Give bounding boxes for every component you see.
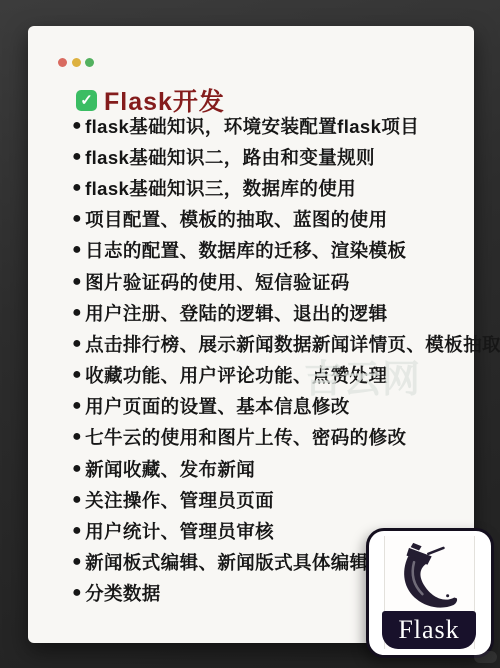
list-item-text: flask基础知识三，数据库的使用 [85, 175, 356, 201]
bullet-icon: ● [72, 242, 82, 258]
bullet-icon: ● [72, 367, 82, 383]
bullet-icon: ● [72, 461, 82, 477]
bullet-icon: ● [72, 180, 82, 196]
checkbox-icon: ✓ [76, 90, 97, 111]
bullet-icon: ● [72, 211, 82, 227]
list-item: ● 用户页面的设置、基本信息修改 [72, 391, 496, 422]
list-item-text: 七牛云的使用和图片上传、密码的修改 [85, 424, 406, 450]
corner-watermark-badge [474, 651, 497, 663]
list-item-text: flask基础知识二，路由和变量规则 [85, 144, 375, 170]
flask-logo-label: Flask [398, 615, 459, 645]
flask-logo-card: Flask [366, 528, 494, 658]
list-item-text: 日志的配置、数据库的迁移、渲染模板 [85, 237, 406, 263]
list-item-text: flask基础知识，环境安装配置flask项目 [85, 113, 419, 139]
bullet-icon: ● [72, 398, 82, 414]
list-item: ● 用户注册、登陆的逻辑、退出的逻辑 [72, 297, 496, 328]
close-button[interactable] [58, 58, 67, 67]
list-item: ● 点击排行榜、展示新闻数据新闻详情页、模板抽取 [72, 328, 496, 359]
list-item: ● flask基础知识二，路由和变量规则 [72, 141, 496, 172]
bullet-icon: ● [72, 274, 82, 290]
bullet-icon: ● [72, 523, 82, 539]
content-card: ✓ Flask开发 ● flask基础知识，环境安装配置flask项目 ● fl… [28, 26, 474, 643]
list-item-text: 收藏功能、用户评论功能、点赞处理 [85, 362, 387, 388]
bullet-icon: ● [72, 492, 82, 508]
list-item: ● flask基础知识，环境安装配置flask项目 [72, 110, 496, 141]
list-item: ● 收藏功能、用户评论功能、点赞处理 [72, 360, 496, 391]
list-item: ● 关注操作、管理员页面 [72, 484, 496, 515]
bullet-icon: ● [72, 305, 82, 321]
list-item-text: 图片验证码的使用、短信验证码 [85, 269, 350, 295]
bullet-icon: ● [72, 585, 82, 601]
bullet-icon: ● [72, 149, 82, 165]
flask-logo-band: Flask [382, 611, 476, 649]
minimize-button[interactable] [72, 58, 81, 67]
list-item-text: 新闻收藏、发布新闻 [85, 456, 255, 482]
window-controls [58, 58, 94, 67]
bullet-icon: ● [72, 336, 82, 352]
powder-horn-icon [387, 537, 473, 621]
list-item-text: 关注操作、管理员页面 [85, 487, 274, 513]
list-item-text: 点击排行榜、展示新闻数据新闻详情页、模板抽取 [85, 331, 500, 357]
bullet-icon: ● [72, 554, 82, 570]
list-item-text: 分类数据 [85, 580, 161, 606]
list-item: ● 日志的配置、数据库的迁移、渲染模板 [72, 235, 496, 266]
list-item: ● flask基础知识三，数据库的使用 [72, 172, 496, 203]
bullet-icon: ● [72, 118, 82, 134]
list-item-text: 用户统计、管理员审核 [85, 518, 274, 544]
list-item: ● 新闻收藏、发布新闻 [72, 453, 496, 484]
maximize-button[interactable] [85, 58, 94, 67]
list-item-text: 项目配置、模板的抽取、蓝图的使用 [85, 206, 387, 232]
list-item: ● 图片验证码的使用、短信验证码 [72, 266, 496, 297]
list-item-text: 用户注册、登陆的逻辑、退出的逻辑 [85, 300, 387, 326]
list-item-text: 新闻板式编辑、新闻版式具体编辑 [85, 549, 369, 575]
list-item-text: 用户页面的设置、基本信息修改 [85, 393, 350, 419]
list-item: ● 项目配置、模板的抽取、蓝图的使用 [72, 204, 496, 235]
list-item: ● 七牛云的使用和图片上传、密码的修改 [72, 422, 496, 453]
bullet-icon: ● [72, 429, 82, 445]
